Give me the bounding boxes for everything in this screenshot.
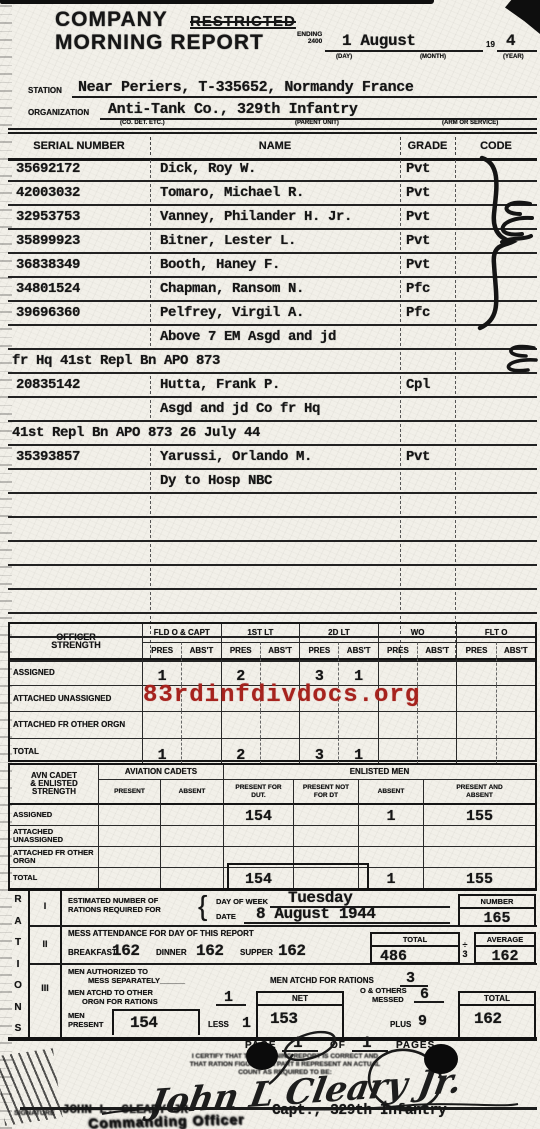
column-divider	[150, 400, 151, 418]
roster-grade: Pvt	[406, 185, 430, 201]
officer-cell	[456, 738, 495, 764]
commanding-officer-stamp: Commanding Officer	[88, 1111, 245, 1129]
enlisted-cell: 155	[423, 867, 535, 888]
column-divider	[400, 400, 401, 418]
ending-label-line2: 2400	[308, 38, 322, 45]
column-divider	[150, 280, 151, 298]
roster-row-remark: Asgd and jd Co fr Hq	[8, 398, 537, 422]
enlisted-cell	[160, 867, 223, 888]
average-value: 162	[476, 947, 534, 965]
roster-header-code: CODE	[455, 140, 537, 152]
scan-artifact-top-right-blob	[505, 0, 540, 34]
roster-serial: 34801524	[16, 281, 80, 297]
net-label: NET	[258, 993, 342, 1006]
roster-row-remark_span: 41st Repl Bn APO 873 26 July 44	[8, 422, 537, 446]
roster-header-row: SERIAL NUMBER NAME GRADE CODE	[8, 134, 537, 161]
enlisted-row-label: ATTACHED UNASSIGNED	[10, 825, 98, 846]
column-divider	[400, 520, 401, 538]
column-divider	[400, 232, 401, 250]
officer-subhead: PRES	[221, 642, 260, 658]
column-divider	[150, 544, 151, 562]
officer-subhead: PRES	[142, 642, 181, 658]
year-value: 4	[506, 32, 515, 50]
officer-cell	[260, 738, 299, 764]
breakfast-value: 162	[112, 942, 140, 960]
column-divider	[400, 544, 401, 562]
officer-subhead: ABS'T	[496, 642, 535, 658]
officer-cell: 3	[299, 738, 338, 764]
station-label: STATION	[28, 86, 62, 95]
column-divider	[455, 376, 456, 394]
officer-group-0: FLD O & CAPT	[142, 624, 221, 642]
officer-subhead: ABS'T	[417, 642, 456, 658]
roster-name: Yarussi, Orlando M.	[160, 449, 312, 465]
org-sub-label-arm: (ARM OR SERVICE)	[442, 120, 498, 126]
column-divider	[455, 280, 456, 298]
enlisted-cell: 154	[223, 803, 293, 825]
rations-rail-letter: I	[17, 959, 20, 970]
roster-name: Bitner, Lester L.	[160, 233, 296, 249]
officer-cell	[181, 711, 220, 738]
organization-value: Anti-Tank Co., 329th Infantry	[108, 101, 357, 118]
number-box: NUMBER 165	[458, 894, 536, 927]
roster-remark: Asgd and jd Co fr Hq	[160, 401, 320, 417]
part3-total-value: 162	[460, 1006, 534, 1028]
rations-rail-letter: A	[14, 916, 21, 927]
roster-remark: Above 7 EM Asgd and jd	[160, 329, 336, 345]
rations-rail-letter: N	[14, 1002, 21, 1013]
roster-serial: 36838349	[16, 257, 80, 273]
officer-cell	[456, 711, 495, 738]
column-divider	[400, 328, 401, 346]
officer-cell: 1	[338, 658, 377, 685]
mess-sep-line2: MESS SEPARATELY______	[68, 976, 185, 985]
rations-section: RATIONS I II III ESTIMATED NUMBER OF RAT…	[8, 888, 537, 1041]
enlisted-cell	[160, 825, 223, 846]
officer-cell	[378, 711, 417, 738]
officer-group-2: 2D LT	[299, 624, 378, 642]
roster-row-entry: 35692172Dick, Roy W.Pvt	[8, 158, 537, 182]
roster-name: Dick, Roy W.	[160, 161, 256, 177]
column-divider	[455, 304, 456, 322]
column-divider	[400, 424, 401, 442]
roster-row-entry: 42003032Tomaro, Michael R.Pvt	[8, 182, 537, 206]
roster-header-div3	[455, 137, 456, 155]
officer-group-4: FLT O	[456, 624, 535, 642]
officer-cell	[299, 711, 338, 738]
column-divider	[150, 376, 151, 394]
number-label: NUMBER	[460, 896, 534, 909]
roster-name: Tomaro, Michael R.	[160, 185, 304, 201]
classification-restricted: RESTRICTED	[190, 13, 296, 30]
mess-separately-label: MEN AUTHORIZED TO MESS SEPARATELY______	[68, 967, 185, 985]
less-value: 1	[242, 1015, 251, 1032]
column-divider	[455, 448, 456, 466]
roster-serial: 42003032	[16, 185, 80, 201]
column-divider	[400, 592, 401, 610]
supper-label: SUPPER	[240, 948, 273, 957]
roster-serial: 20835142	[16, 377, 80, 393]
men-present-box: 154	[112, 1009, 200, 1035]
roster-name: Pelfrey, Virgil A.	[160, 305, 304, 321]
punch-hole-left	[246, 1042, 278, 1070]
atchd-other-underline	[216, 1004, 246, 1006]
dinner-label: DINNER	[156, 948, 187, 957]
officer-cell	[417, 685, 456, 711]
column-divider	[455, 424, 456, 442]
enlisted-cell	[223, 825, 293, 846]
officer-cell	[456, 658, 495, 685]
morning-report-scan: COMPANY RESTRICTED MORNING REPORT ENDING…	[0, 0, 540, 1129]
divide-by-three: ÷ 3	[460, 941, 470, 959]
officer-cell: 2	[221, 738, 260, 764]
station-underline	[72, 96, 537, 98]
enlisted-cell	[423, 825, 535, 846]
column-divider	[150, 472, 151, 490]
atchd-for-rations-label: MEN ATCHD FOR RATIONS	[270, 976, 374, 985]
column-divider	[400, 568, 401, 586]
column-divider	[455, 184, 456, 202]
officer-subhead: PRES	[378, 642, 417, 658]
men-present-label: MEN PRESENT	[68, 1011, 103, 1029]
column-divider	[400, 208, 401, 226]
year-underline	[497, 50, 537, 52]
officer-subhead: ABS'T	[260, 642, 299, 658]
roster-grade: Pfc	[406, 305, 430, 321]
rations-rail-letter: R	[14, 894, 21, 905]
dinner-value: 162	[196, 942, 224, 960]
roster-row-remark: Dy to Hosp NBC	[8, 470, 537, 494]
rations1-label-line1: ESTIMATED NUMBER OF	[68, 896, 158, 905]
officer-cell: 1	[142, 738, 181, 764]
roster-table: 35692172Dick, Roy W.Pvt42003032Tomaro, M…	[8, 158, 537, 662]
enlisted-cell	[160, 846, 223, 867]
roster-remark-span: 41st Repl Bn APO 873 26 July 44	[12, 425, 260, 441]
rations-rail: RATIONS	[8, 891, 30, 1037]
officer-table-title: OFFICERSTRENGTH	[10, 624, 142, 658]
column-divider	[400, 160, 401, 178]
roster-remark-span: fr Hq 41st Repl Bn APO 873	[12, 353, 220, 369]
rations-date-underline	[244, 922, 450, 924]
roster-header-div1	[150, 137, 151, 155]
column-divider	[150, 232, 151, 250]
roster-row-entry: 36838349Booth, Haney F.Pvt	[8, 254, 537, 278]
officer-cell	[142, 711, 181, 738]
column-divider	[150, 184, 151, 202]
rations-rail-letter: T	[15, 937, 21, 948]
atchd-other-label: MEN ATCHD TO OTHER ORGN FOR RATIONS	[68, 988, 158, 1006]
enlisted-cell	[160, 803, 223, 825]
column-divider	[150, 256, 151, 274]
rations1-label-line2: RATIONS REQUIRED FOR	[68, 905, 161, 914]
column-divider	[400, 304, 401, 322]
enlisted-subhead: PRESENT ANDABSENT	[423, 779, 535, 803]
ending-2400-label: ENDING 2400	[297, 31, 322, 45]
mess-total-box: TOTAL 486	[370, 932, 460, 964]
roster-row-entry: 32953753Vanney, Philander H. Jr.Pvt	[8, 206, 537, 230]
enlisted-cell	[98, 846, 160, 867]
men-present-line2: PRESENT	[68, 1020, 103, 1029]
officer-cell: 1	[142, 658, 181, 685]
column-divider	[400, 448, 401, 466]
officer-cell	[378, 738, 417, 764]
officer-cell: 1	[338, 738, 377, 764]
enlisted-cell	[98, 803, 160, 825]
enlisted-subhead: PRESENT NOTFOR DT	[293, 779, 358, 803]
officer-cell	[417, 658, 456, 685]
ending-label-line1: ENDING	[297, 31, 322, 38]
roster-header-serial: SERIAL NUMBER	[8, 140, 150, 152]
column-divider	[150, 568, 151, 586]
enlisted-cell: 1	[358, 803, 423, 825]
column-divider	[400, 472, 401, 490]
column-divider	[150, 208, 151, 226]
report-date-value: 1 August	[342, 32, 416, 50]
typed-signer-grade: Capt., 329th Infantry	[272, 1103, 446, 1119]
roster-grade: Pvt	[406, 449, 430, 465]
rations-date-value: 8 August 1944	[256, 905, 376, 923]
officer-cell	[221, 711, 260, 738]
enlisted-subhead: ABSENT	[160, 779, 223, 803]
enlisted-subhead: PRESENT FORDUT.	[223, 779, 293, 803]
column-divider	[455, 544, 456, 562]
officer-subhead: PRES	[456, 642, 495, 658]
roster-row-entry: 39696360Pelfrey, Virgil A.Pfc	[8, 302, 537, 326]
column-divider	[455, 520, 456, 538]
officer-group-1: 1ST LT	[221, 624, 300, 642]
column-divider	[455, 568, 456, 586]
enlisted-total-heavy-box	[227, 863, 369, 890]
breakfast-label: BREAKFAST	[68, 948, 117, 957]
rations1-label: ESTIMATED NUMBER OF RATIONS REQUIRED FOR	[68, 896, 161, 914]
roster-grade: Pvt	[406, 233, 430, 249]
enlisted-table-title: AVN CADET& ENLISTEDSTRENGTH	[10, 765, 98, 803]
form-title-line1: COMPANY	[55, 8, 168, 32]
officer-cell	[338, 711, 377, 738]
officer-cell	[417, 711, 456, 738]
date-underline	[325, 50, 483, 52]
enlisted-group-enlisted: ENLISTED MEN	[223, 765, 535, 779]
part3-total-label: TOTAL	[460, 993, 534, 1006]
column-divider	[455, 496, 456, 514]
mess-total-label: TOTAL	[372, 934, 458, 947]
officer-cell	[181, 738, 220, 764]
officer-subhead: PRES	[299, 642, 338, 658]
column-divider	[455, 352, 456, 370]
column-divider	[455, 160, 456, 178]
enlisted-group-aviation: AVIATION CADETS	[98, 765, 223, 779]
roster-serial: 32953753	[16, 209, 80, 225]
plus-label: PLUS	[390, 1020, 411, 1029]
scan-artifact-top-edge	[0, 0, 434, 4]
enlisted-cell	[98, 867, 160, 888]
column-divider	[455, 400, 456, 418]
enlisted-row-label: TOTAL	[10, 867, 98, 888]
roster-header-name: NAME	[150, 140, 400, 152]
enlisted-cell: 155	[423, 803, 535, 825]
officer-cell	[260, 658, 299, 685]
column-divider	[455, 592, 456, 610]
others-messed-label: O & OTHERS MESSED	[360, 986, 407, 1004]
column-divider	[400, 376, 401, 394]
punch-hole-right	[424, 1044, 458, 1074]
rations1-brace: {	[198, 890, 207, 922]
enlisted-subhead: ABSENT	[358, 779, 423, 803]
rations-rail-letter: O	[14, 980, 22, 991]
roster-serial: 35393857	[16, 449, 80, 465]
roster-grade: Pvt	[406, 257, 430, 273]
officer-subhead: ABS'T	[338, 642, 377, 658]
average-box: AVERAGE 162	[474, 932, 536, 964]
roster-row-empty	[8, 566, 537, 590]
rations-numeral-2: II	[30, 939, 60, 949]
mess-total-value: 486	[372, 947, 458, 965]
enlisted-cell	[423, 846, 535, 867]
date-label: DATE	[216, 912, 236, 921]
column-divider	[150, 496, 151, 514]
roster-name: Booth, Haney F.	[160, 257, 280, 273]
others-messed-underline	[414, 1001, 444, 1003]
signature-label: SIGNATURE	[14, 1110, 55, 1117]
officer-group-3: WO	[378, 624, 457, 642]
number-value: 165	[460, 909, 534, 927]
roster-name: Hutta, Frank P.	[160, 377, 280, 393]
supper-value: 162	[278, 942, 306, 960]
roster-row-empty	[8, 494, 537, 518]
mess-attendance-label: MESS ATTENDANCE FOR DAY OF THIS REPORT	[68, 929, 254, 938]
enlisted-row-label: ASSIGNED	[10, 803, 98, 825]
enlisted-cell	[358, 825, 423, 846]
year-label: (YEAR)	[503, 54, 524, 60]
rations-numeral-3: III	[30, 983, 60, 993]
column-divider	[455, 232, 456, 250]
roster-row-entry: 20835142Hutta, Frank P.Cpl	[8, 374, 537, 398]
watermark: 83rdinfdivdocs.org	[143, 682, 420, 709]
roster-row-empty	[8, 590, 537, 614]
less-label: LESS	[208, 1020, 229, 1029]
roster-serial: 35692172	[16, 161, 80, 177]
rations-rail-letter: S	[15, 1023, 22, 1034]
enlisted-cell	[293, 825, 358, 846]
plus-value: 9	[418, 1013, 427, 1030]
column-divider	[150, 160, 151, 178]
column-divider	[455, 256, 456, 274]
enlisted-row-label: ATTACHED FR OTHER ORGN	[10, 846, 98, 867]
roster-row-entry: 35393857Yarussi, Orlando M.Pvt	[8, 446, 537, 470]
roster-name: Chapman, Ransom N.	[160, 281, 304, 297]
org-sub-label-parent: (PARENT UNIT)	[295, 120, 339, 126]
officer-cell	[260, 711, 299, 738]
atchd-other-line1: MEN ATCHD TO OTHER	[68, 988, 153, 997]
officer-cell	[456, 685, 495, 711]
officer-row-label: ATTACHED FR OTHER ORGN	[10, 711, 142, 738]
officer-cell	[496, 711, 535, 738]
roster-row-entry: 34801524Chapman, Ransom N.Pfc	[8, 278, 537, 302]
men-present-line1: MEN	[68, 1011, 85, 1020]
column-divider	[150, 520, 151, 538]
roster-header-div2	[400, 137, 401, 155]
column-divider	[400, 496, 401, 514]
officer-cell: 3	[299, 658, 338, 685]
handwritten-code-mark-hutta	[482, 340, 540, 380]
roster-serial: 39696360	[16, 305, 80, 321]
roster-row-remark_span: fr Hq 41st Repl Bn APO 873	[8, 350, 537, 374]
officer-cell	[496, 658, 535, 685]
roster-grade: Pfc	[406, 281, 430, 297]
column-divider	[455, 328, 456, 346]
officer-subhead: ABS'T	[181, 642, 220, 658]
others-messed-line1: O & OTHERS	[360, 986, 407, 995]
net-value: 153	[258, 1006, 342, 1028]
form-title-line2: MORNING REPORT	[55, 31, 264, 55]
organization-label: ORGANIZATION	[28, 108, 89, 117]
officer-cell	[417, 738, 456, 764]
rations-numeral-1: I	[30, 901, 60, 911]
org-sub-label-co: (CO. DET. ETC.)	[120, 120, 165, 126]
roster-grade: Pvt	[406, 209, 430, 225]
column-divider	[455, 472, 456, 490]
column-divider	[400, 280, 401, 298]
roster-remark: Dy to Hosp NBC	[160, 473, 272, 489]
roster-grade: Pvt	[406, 161, 430, 177]
enlisted-cell	[98, 825, 160, 846]
month-label: (MONTH)	[420, 54, 446, 60]
roster-serial: 35899923	[16, 233, 80, 249]
others-messed-line2: MESSED	[360, 995, 404, 1004]
average-label: AVERAGE	[476, 934, 534, 947]
officer-cell	[181, 658, 220, 685]
roster-row-empty	[8, 518, 537, 542]
officer-cell	[496, 738, 535, 764]
roster-row-remark: Above 7 EM Asgd and jd	[8, 326, 537, 350]
men-present-value: 154	[114, 1011, 198, 1032]
officer-row-label: ASSIGNED	[10, 658, 142, 685]
officer-cell	[496, 685, 535, 711]
officer-row-label: TOTAL	[10, 738, 142, 764]
enlisted-cell	[293, 803, 358, 825]
atchd-other-line2: ORGN FOR RATIONS	[68, 997, 158, 1006]
column-divider	[150, 592, 151, 610]
station-value: Near Periers, T-335652, Normandy France	[78, 79, 413, 96]
column-divider	[150, 448, 151, 466]
roster-row-empty	[8, 542, 537, 566]
rations-divider-2	[30, 963, 537, 965]
roster-row-entry: 35899923Bitner, Lester L.Pvt	[8, 230, 537, 254]
column-divider	[150, 304, 151, 322]
column-divider	[400, 256, 401, 274]
roster-grade: Cpl	[406, 377, 430, 393]
day-label: (DAY)	[336, 54, 352, 60]
roster-header-grade: GRADE	[400, 140, 455, 152]
double-rule-top	[8, 128, 537, 130]
officer-cell	[378, 658, 417, 685]
enlisted-subhead: PRESENT	[98, 779, 160, 803]
column-divider	[400, 352, 401, 370]
officer-row-label: ATTACHED UNASSIGNED	[10, 685, 142, 711]
officer-cell: 2	[221, 658, 260, 685]
column-divider	[400, 184, 401, 202]
mess-sep-line1: MEN AUTHORIZED TO	[68, 967, 148, 976]
part3-total-box: TOTAL 162	[458, 991, 536, 1037]
column-divider	[455, 208, 456, 226]
roster-name: Vanney, Philander H. Jr.	[160, 209, 352, 225]
column-divider	[150, 328, 151, 346]
year-prefix: 19	[486, 40, 495, 49]
